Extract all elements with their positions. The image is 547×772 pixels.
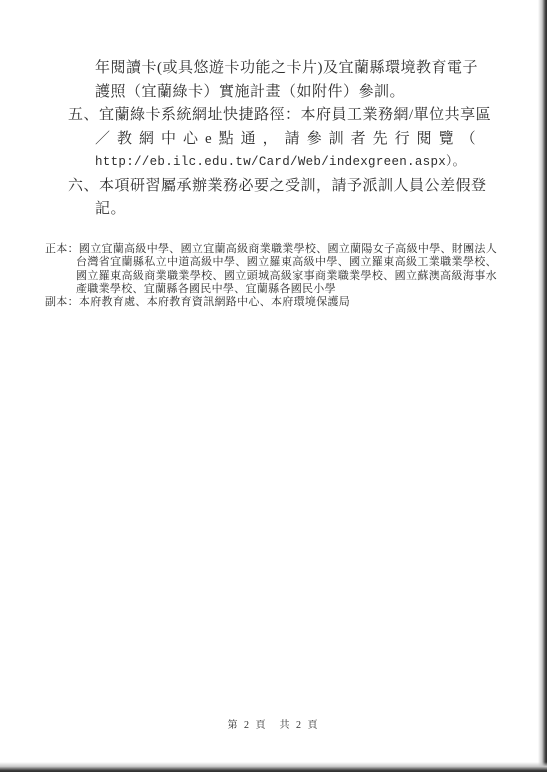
body-line-url: http://eb.ilc.edu.tw/Card/Web/indexgreen… — [95, 151, 489, 175]
copy-recipients-line: 副本：本府教育處、本府教育資訊網路中心、本府環境保護局 — [45, 296, 497, 309]
body-line-item-5: 五、宜蘭綠卡系統網址快捷路徑：本府員工業務網/單位共享區 — [68, 104, 489, 128]
page-edge-shadow-right — [538, 0, 547, 772]
document-body: 年閱讀卡(或具悠遊卡功能之卡片)及宜蘭縣環境教育電子 護照（宜蘭綠卡）實施計畫（… — [0, 57, 489, 222]
body-line-continuation: 記。 — [95, 198, 489, 222]
copy-recipients-list: 本府教育處、本府教育資訊網路中心、本府環境保護局 — [79, 296, 350, 308]
body-line-continuation: 護照（宜蘭綠卡）實施計畫（如附件）參訓。 — [95, 81, 489, 105]
primary-recipients-line: 正本：國立宜蘭高級中學、國立宜蘭高級商業職業學校、國立蘭陽女子高級中學、財團法人… — [45, 243, 497, 296]
page-number-indicator: 第 2 頁 共 2 頁 — [0, 716, 547, 731]
recipients-block: 正本：國立宜蘭高級中學、國立宜蘭高級商業職業學校、國立蘭陽女子高級中學、財團法人… — [45, 243, 497, 309]
primary-recipients-label: 正本： — [45, 243, 79, 255]
body-line-continuation: 年閱讀卡(或具悠遊卡功能之卡片)及宜蘭縣環境教育電子 — [95, 57, 489, 81]
document-page: 年閱讀卡(或具悠遊卡功能之卡片)及宜蘭縣環境教育電子 護照（宜蘭綠卡）實施計畫（… — [0, 0, 547, 772]
copy-recipients-label: 副本： — [45, 296, 79, 308]
primary-recipients-list: 國立宜蘭高級中學、國立宜蘭高級商業職業學校、國立蘭陽女子高級中學、財團法人台灣省… — [76, 243, 497, 295]
page-edge-shadow-bottom — [0, 762, 547, 772]
body-line-item-6: 六、本項研習屬承辦業務必要之受訓，請予派訓人員公差假登 — [68, 175, 489, 199]
body-line-continuation: ／教網中心e點通，請參訓者先行閱覽（ — [95, 128, 489, 152]
